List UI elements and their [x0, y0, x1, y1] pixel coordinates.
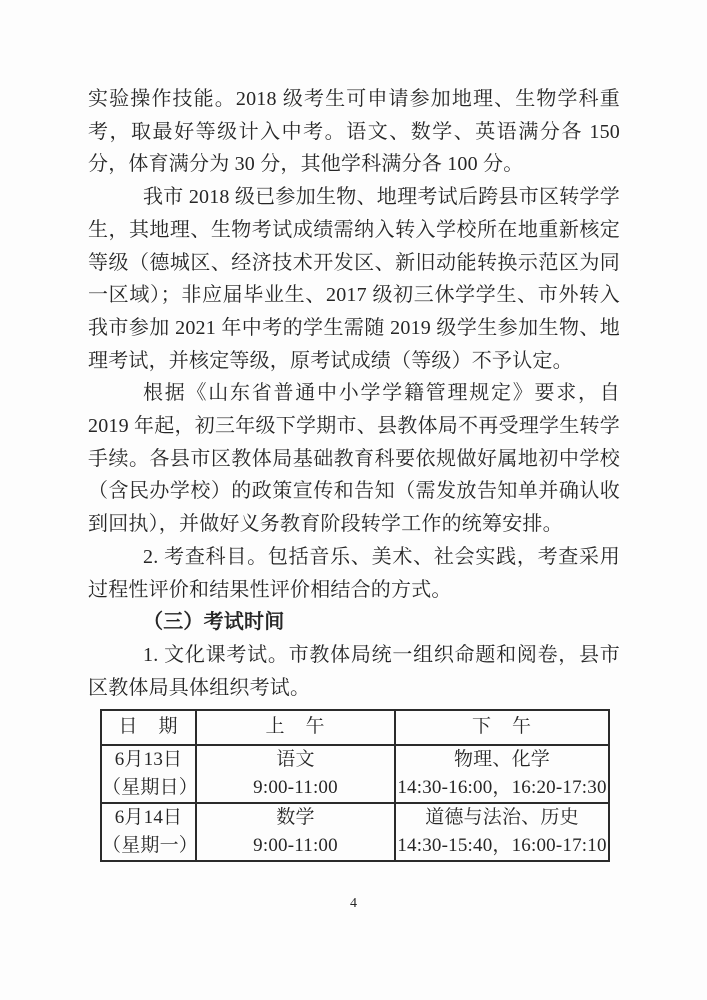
subject-text: 语文 [197, 746, 394, 774]
cell-date-june13: 6月13日 （星期日） [101, 745, 196, 803]
col-header-date: 日 期 [101, 710, 196, 745]
time-text: 9:00-11:00 [197, 832, 394, 860]
time-text: 14:30-15:40，16:00-17:10 [396, 832, 608, 860]
document-page: 实验操作技能。2018 级考生可申请参加地理、生物学科重考，取最好等级计入中考。… [0, 0, 707, 1000]
cell-morning-june14: 数学 9:00-11:00 [196, 803, 395, 861]
table-row-june14: 6月14日 （星期一） 数学 9:00-11:00 道德与法治、历史 14:30… [101, 803, 609, 861]
weekday-text: （星期一） [102, 832, 195, 860]
paragraph-transfer-procedures: 根据《山东省普通中小学学籍管理规定》要求，自 2019 年起，初三年级下学期市、… [88, 377, 620, 541]
date-text: 6月14日 [102, 804, 195, 832]
subject-text: 道德与法治、历史 [396, 804, 608, 832]
date-text: 6月13日 [102, 746, 195, 774]
weekday-text: （星期日） [102, 774, 195, 802]
cell-morning-june13: 语文 9:00-11:00 [196, 745, 395, 803]
cell-afternoon-june14: 道德与法治、历史 14:30-15:40，16:00-17:10 [395, 803, 609, 861]
cell-afternoon-june13: 物理、化学 14:30-16:00，16:20-17:30 [395, 745, 609, 803]
table-row-june13: 6月13日 （星期日） 语文 9:00-11:00 物理、化学 14:30-16… [101, 745, 609, 803]
page-number: 4 [0, 896, 707, 912]
paragraph-exam-scores: 实验操作技能。2018 级考生可申请参加地理、生物学科重考，取最好等级计入中考。… [88, 83, 620, 181]
paragraph-transfer-students: 我市 2018 级已参加生物、地理考试后跨县市区转学学生，其地理、生物考试成绩需… [88, 181, 620, 377]
time-text: 9:00-11:00 [197, 774, 394, 802]
time-text: 14:30-16:00，16:20-17:30 [396, 774, 608, 802]
subject-text: 数学 [197, 804, 394, 832]
cell-date-june14: 6月14日 （星期一） [101, 803, 196, 861]
document-body: 实验操作技能。2018 级考生可申请参加地理、生物学科重考，取最好等级计入中考。… [88, 83, 620, 862]
col-header-morning: 上 午 [196, 710, 395, 745]
paragraph-culture-exam: 1. 文化课考试。市教体局统一组织命题和阅卷，县市区教体局具体组织考试。 [88, 639, 620, 704]
table-header-row: 日 期 上 午 下 午 [101, 710, 609, 745]
col-header-afternoon: 下 午 [395, 710, 609, 745]
subject-text: 物理、化学 [396, 746, 608, 774]
exam-schedule-table: 日 期 上 午 下 午 6月13日 （星期日） 语文 9:00-11:00 [100, 709, 610, 862]
section-heading-exam-time: （三）考试时间 [88, 606, 620, 639]
paragraph-assessment-subjects: 2. 考查科目。包括音乐、美术、社会实践，考查采用过程性评价和结果性评价相结合的… [88, 541, 620, 606]
